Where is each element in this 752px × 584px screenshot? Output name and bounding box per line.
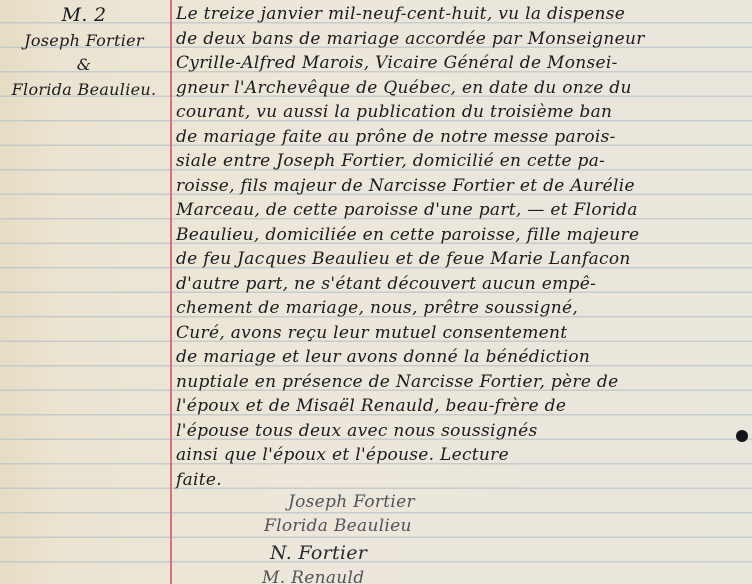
entry-number: M. 2: [0, 4, 168, 26]
body-line: de mariage et leur avons donné la bénédi…: [176, 347, 590, 367]
bride-name: Florida Beaulieu.: [0, 80, 168, 99]
body-line: ainsi que l'époux et l'épouse. Lecture: [176, 445, 509, 465]
body-line: l'époux et de Misaël Renauld, beau-frère…: [176, 396, 566, 416]
ink-blot: [736, 430, 748, 442]
body-line: Marceau, de cette paroisse d'une part, —…: [176, 200, 638, 220]
conjunction: &: [0, 55, 168, 74]
body-line: Beaulieu, domiciliée en cette paroisse, …: [176, 225, 639, 245]
body-line: d'autre part, ne s'étant découvert aucun…: [176, 274, 596, 294]
body-line: nuptiale en présence de Narcisse Fortier…: [176, 372, 618, 392]
body-line: faite.: [176, 470, 222, 490]
body-line: de mariage faite au prône de notre messe…: [176, 127, 616, 147]
body-line: chement de mariage, nous, prêtre soussig…: [176, 298, 578, 318]
body-line: courant, vu aussi la publication du troi…: [176, 102, 612, 122]
signature-groom: Joseph Fortier: [288, 492, 415, 512]
signature-witness-2: M. Renauld: [262, 568, 364, 584]
signature-bride: Florida Beaulieu: [264, 516, 412, 536]
body-line: de feu Jacques Beaulieu et de feue Marie…: [176, 249, 631, 269]
body-line: Curé, avons reçu leur mutuel consentemen…: [176, 323, 567, 343]
body-line: siale entre Joseph Fortier, domicilié en…: [176, 151, 605, 171]
body-line: roisse, fils majeur de Narcisse Fortier …: [176, 176, 635, 196]
signature-witness-1: N. Fortier: [270, 542, 367, 564]
red-margin-rule: [170, 0, 172, 584]
body-line: Le treize janvier mil-neuf-cent-huit, vu…: [176, 4, 625, 24]
groom-name: Joseph Fortier: [0, 31, 168, 50]
body-line: l'épouse tous deux avec nous soussignés: [176, 421, 538, 441]
body-line: gneur l'Archevêque de Québec, en date du…: [176, 78, 632, 98]
body-line: Cyrille-Alfred Marois, Vicaire Général d…: [176, 53, 618, 73]
body-line: de deux bans de mariage accordée par Mon…: [176, 29, 645, 49]
